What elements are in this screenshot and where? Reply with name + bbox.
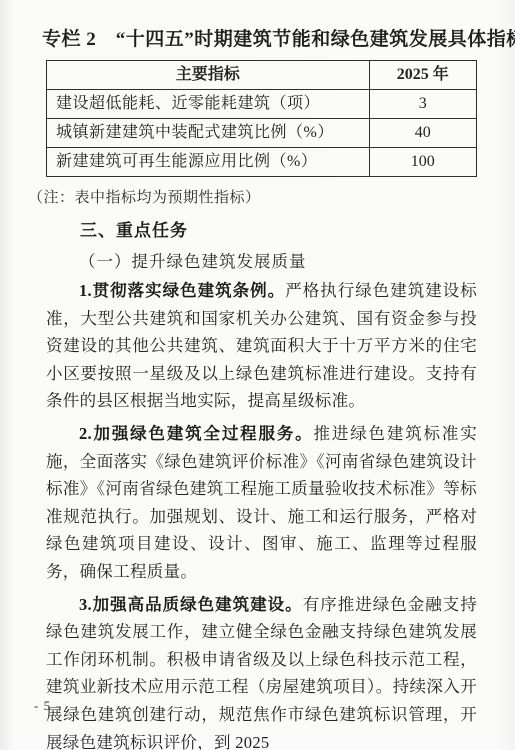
box-title: 专栏 2 “十四五”时期建筑节能和绿色建筑发展具体指标 <box>42 24 477 51</box>
table-header-row: 主要指标 2025 年 <box>47 61 477 90</box>
paragraph-2-body: 推进绿色建筑标准实施，全面落实《绿色建筑评价标准》《河南省绿色建筑设计标准》《河… <box>46 424 477 581</box>
subsection-heading: （一）提升绿色建筑发展质量 <box>46 248 477 272</box>
indicator-value: 3 <box>369 90 477 119</box>
paragraph-1-body: 严格执行绿色建筑建设标准，大型公共建筑和国家机关办公建筑、国有资金参与投资建设的… <box>46 281 477 410</box>
paragraph-3-body: 有序推进绿色金融支持绿色建筑发展工作，建立健全绿色金融支持绿色建筑发展工作闭环机… <box>46 595 477 750</box>
indicator-label: 新建建筑可再生能源应用比例（%） <box>47 148 370 177</box>
paragraph-1-lead: 1.贯彻落实绿色建筑条例。 <box>79 281 285 300</box>
paragraph-3: 3.加强高品质绿色建筑建设。有序推进绿色金融支持绿色建筑发展工作，建立健全绿色金… <box>46 591 477 750</box>
section-heading: 三、重点任务 <box>46 216 477 241</box>
document-page: 专栏 2 “十四五”时期建筑节能和绿色建筑发展具体指标 主要指标 2025 年 … <box>0 0 515 750</box>
paragraph-2-lead: 2.加强绿色建筑全过程服务。 <box>79 424 314 443</box>
paragraph-2: 2.加强绿色建筑全过程服务。推进绿色建筑标准实施，全面落实《绿色建筑评价标准》《… <box>46 420 477 586</box>
table-row: 新建建筑可再生能源应用比例（%） 100 <box>47 148 477 177</box>
indicator-label: 建设超低能耗、近零能耗建筑（项） <box>47 90 370 119</box>
indicator-table: 主要指标 2025 年 建设超低能耗、近零能耗建筑（项） 3 城镇新建建筑中装配… <box>46 60 477 177</box>
indicator-value: 100 <box>369 148 477 177</box>
table-row: 城镇新建建筑中装配式建筑比例（%） 40 <box>47 119 477 148</box>
indicator-label: 城镇新建建筑中装配式建筑比例（%） <box>47 119 370 148</box>
paragraph-1: 1.贯彻落实绿色建筑条例。严格执行绿色建筑建设标准，大型公共建筑和国家机关办公建… <box>46 277 477 415</box>
indicator-value: 40 <box>369 119 477 148</box>
table-row: 建设超低能耗、近零能耗建筑（项） 3 <box>47 90 477 119</box>
page-number: - 5 - <box>34 698 61 714</box>
table-note: （注：表中指标均为预期性指标） <box>28 186 477 207</box>
table-header-year: 2025 年 <box>369 61 477 90</box>
table-header-indicator: 主要指标 <box>47 61 370 90</box>
paragraph-3-lead: 3.加强高品质绿色建筑建设。 <box>79 595 303 614</box>
